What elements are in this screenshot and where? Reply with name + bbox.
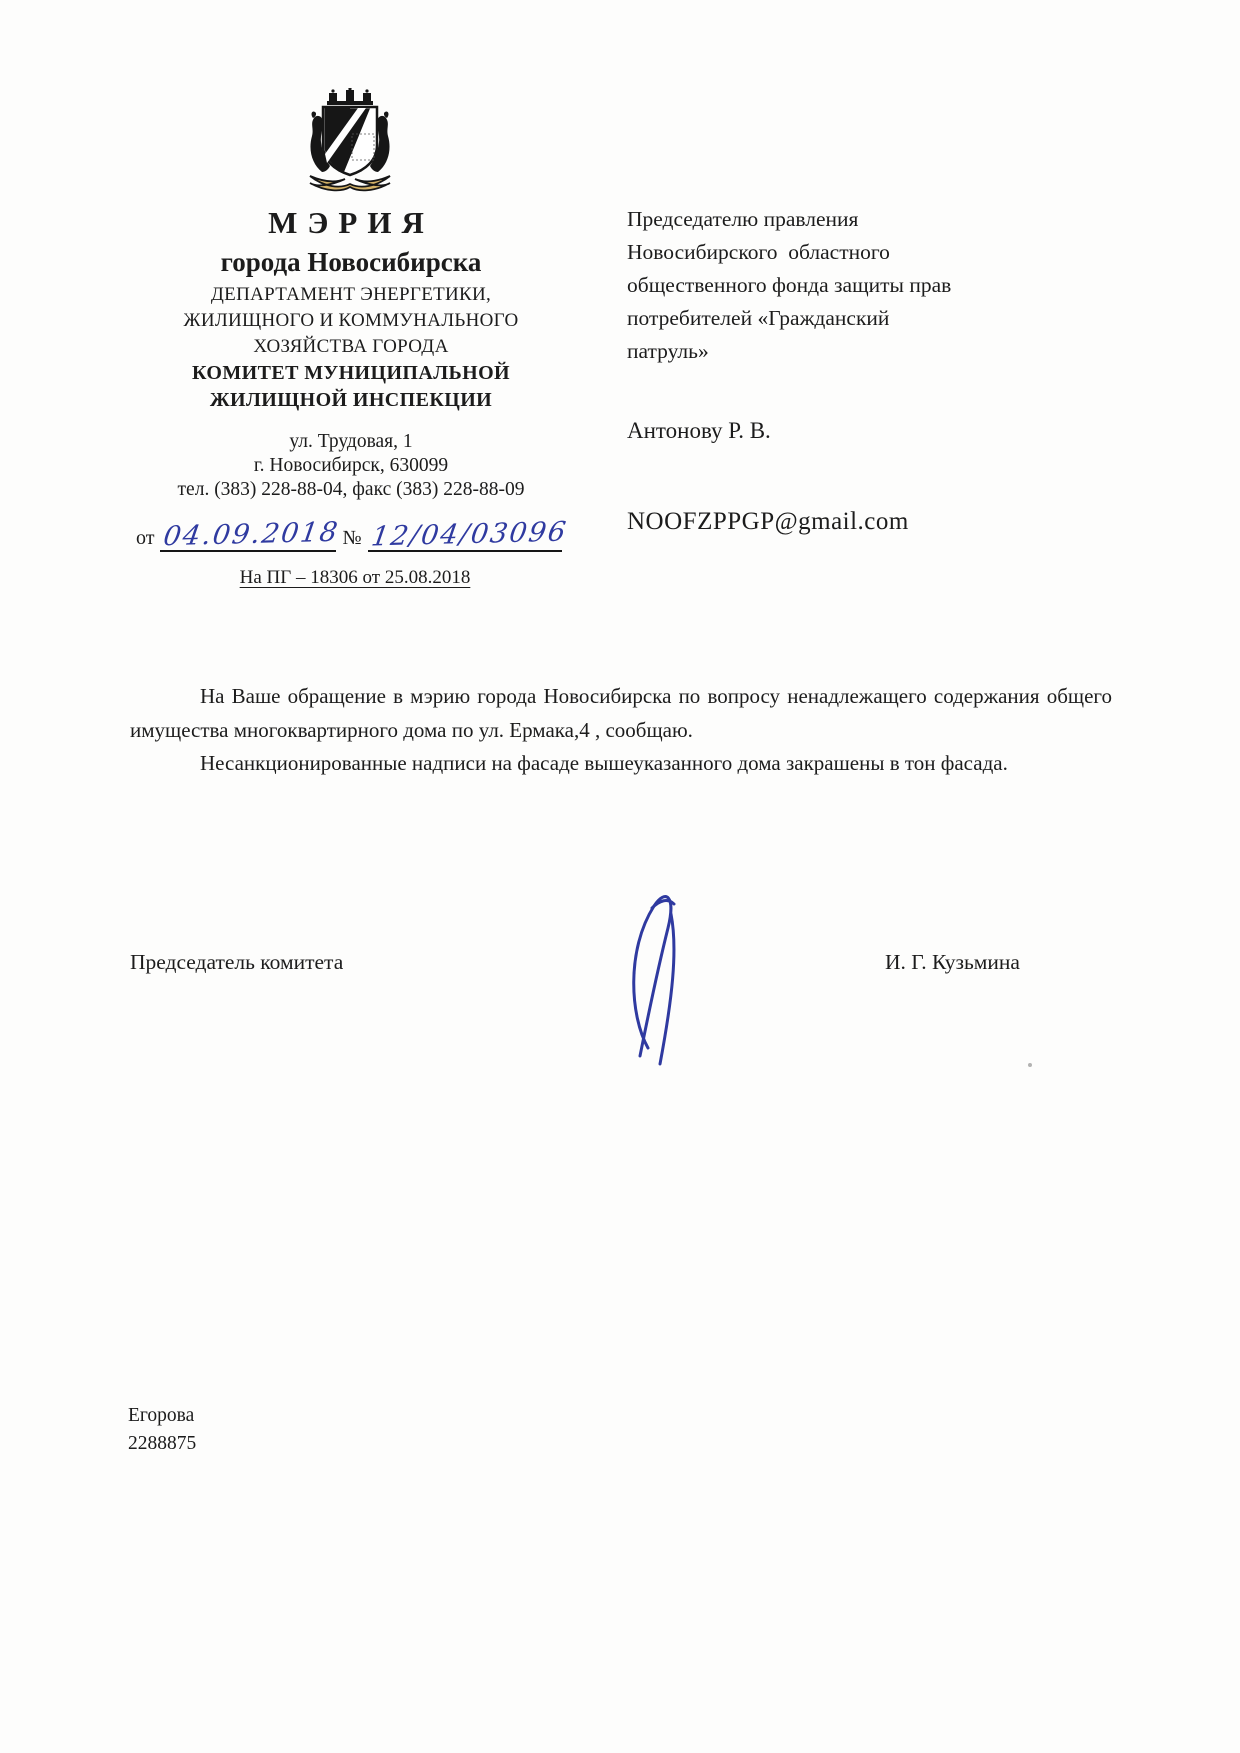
date-prefix: от bbox=[130, 527, 160, 552]
executor-phone: 2288875 bbox=[128, 1430, 196, 1458]
executor-block: Егорова 2288875 bbox=[128, 1402, 196, 1458]
recipient-line: патруль» bbox=[627, 335, 977, 368]
handwritten-signature bbox=[608, 888, 720, 1066]
number-prefix: № bbox=[336, 527, 367, 552]
number-field: 12/04/03096 bbox=[368, 520, 562, 552]
reference-line: от 04.09.2018 № 12/04/03096 bbox=[130, 520, 580, 552]
recipient-line: общественного фонда защиты прав bbox=[627, 269, 977, 302]
body-paragraph-1: На Ваше обращение в мэрию города Новосиб… bbox=[130, 680, 1112, 747]
date-field: 04.09.2018 bbox=[160, 520, 336, 552]
sender-city-postal: г. Новосибирск, 630099 bbox=[112, 454, 590, 478]
sender-street-address: ул. Трудовая, 1 bbox=[112, 430, 590, 454]
recipient-name: Антонову Р. В. bbox=[627, 418, 771, 444]
signatory-position: Председатель комитета bbox=[130, 950, 343, 975]
signatory-name: И. Г. Кузьмина bbox=[885, 950, 1020, 975]
scanned-letter-page: МЭРИЯ города Новосибирска ДЕПАРТАМЕНТ ЭН… bbox=[0, 0, 1240, 1753]
executor-name: Егорова bbox=[128, 1402, 196, 1430]
sender-block: МЭРИЯ города Новосибирска ДЕПАРТАМЕНТ ЭН… bbox=[112, 205, 590, 502]
sender-phone-fax: тел. (383) 228-88-04, факс (383) 228-88-… bbox=[112, 478, 590, 502]
recipient-email: NOOFZPPGP@gmail.com bbox=[627, 508, 909, 536]
sender-department-line: ДЕПАРТАМЕНТ ЭНЕРГЕТИКИ, bbox=[112, 282, 590, 308]
ribbon bbox=[310, 176, 390, 190]
body-paragraph-2: Несанкционированные надписи на фасаде вы… bbox=[130, 747, 1112, 781]
recipient-block: Председателю правления Новосибирского об… bbox=[627, 203, 977, 368]
novosibirsk-coat-of-arms bbox=[300, 88, 400, 196]
sender-department-line: ЖИЛИЩНОГО И КОММУНАЛЬНОГО bbox=[112, 308, 590, 334]
scan-artifact-dot bbox=[1028, 1063, 1032, 1067]
handwritten-date: 04.09.2018 bbox=[162, 518, 342, 553]
recipient-line: Новосибирского областного bbox=[627, 236, 977, 269]
handwritten-number: 12/04/03096 bbox=[369, 517, 569, 552]
sender-committee-line: ЖИЛИЩНОЙ ИНСПЕКЦИИ bbox=[112, 387, 590, 414]
sender-org-city: города Новосибирска bbox=[112, 247, 590, 278]
sender-org-name: МЭРИЯ bbox=[112, 205, 590, 241]
reply-reference: На ПГ – 18306 от 25.08.2018 bbox=[130, 567, 580, 589]
sender-committee-line: КОМИТЕТ МУНИЦИПАЛЬНОЙ bbox=[112, 360, 590, 387]
recipient-line: Председателю правления bbox=[627, 203, 977, 236]
recipient-line: потребителей «Гражданский bbox=[627, 302, 977, 335]
crown-icon bbox=[327, 88, 373, 105]
sender-department-line: ХОЗЯЙСТВА ГОРОДА bbox=[112, 334, 590, 360]
letter-body: На Ваше обращение в мэрию города Новосиб… bbox=[130, 680, 1112, 781]
